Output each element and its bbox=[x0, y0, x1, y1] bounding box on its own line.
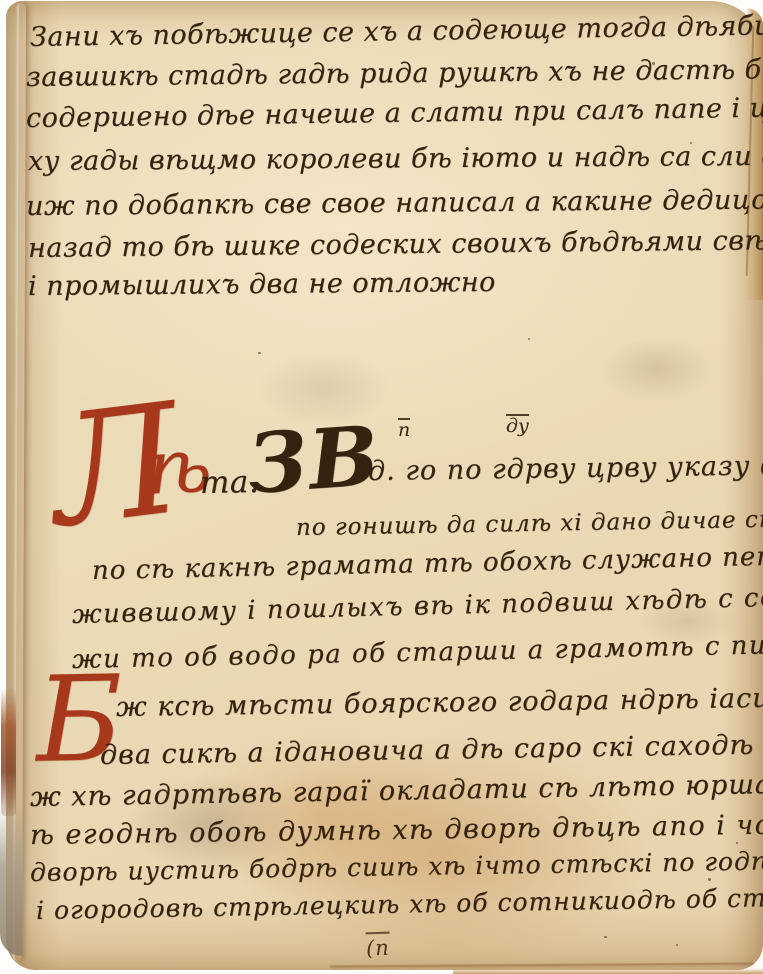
ink-speck bbox=[736, 842, 738, 844]
manuscript-line: ху гады вѣщмо королеви бѣ іюто и надѣ са… bbox=[28, 142, 763, 175]
year-numerals: ЗВ bbox=[245, 415, 383, 506]
ink-speck bbox=[612, 206, 614, 209]
ink-speck bbox=[604, 936, 607, 938]
ink-speck bbox=[258, 352, 261, 354]
superscript-mark: ду bbox=[506, 414, 529, 436]
leather-binding-patch bbox=[1, 688, 16, 816]
year-headline: д. го по гдрву црву указу всеи, сх bbox=[368, 451, 763, 485]
bottom-page-edge bbox=[453, 968, 763, 974]
manuscript-line: і промышлихъ два не отложно bbox=[28, 269, 496, 300]
ink-speck bbox=[708, 878, 711, 881]
manuscript-scan: Зани хъ побѣжице се хъ а содеюще тогда д… bbox=[0, 0, 763, 974]
ink-speck bbox=[528, 338, 530, 340]
manuscript-line: иж по добапкѣ све свое написал а какине … bbox=[26, 186, 763, 220]
bottom-left-stain bbox=[0, 806, 22, 956]
ink-speck bbox=[676, 944, 678, 946]
quire-mark: (п bbox=[366, 932, 391, 961]
ink-speck bbox=[652, 62, 655, 65]
superscript-mark: п bbox=[398, 418, 410, 440]
ink-speck bbox=[690, 142, 692, 144]
